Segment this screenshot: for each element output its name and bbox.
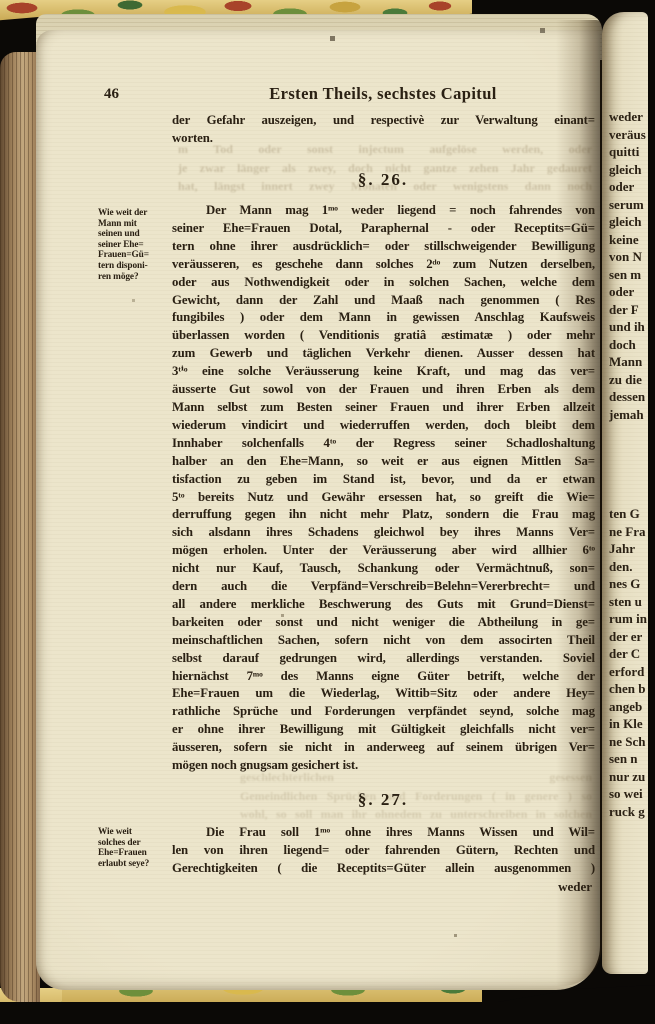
section-27-margin-note: Wie weitsolches derEhe=Frauenerlaubt sey… [98,827,170,869]
section-26-margin-note: Wie weit derMann mitseinen undseiner Ehe… [98,208,170,282]
section-26-body: Der Mann mag 1ᵐᵒ weder liegend = noch fa… [172,202,595,775]
section-26-heading: §. 26. [172,170,594,190]
adjacent-page-text-fragments-top: wederveräusquittigleichoderserumgleichke… [609,108,648,424]
adjacent-page-sliver: wederveräusquittigleichoderserumgleichke… [602,12,648,974]
adjacent-page-text-fragments-bottom: ten Gne FraJahrden.nes Gsten urum inder … [609,505,648,821]
photo-background-bottom [0,1002,655,1024]
catchword: weder [172,879,592,895]
section-27-heading: §. 27. [172,790,594,810]
book-photo-scene: m Tod oder sonst injectum aufgelöse werd… [0,0,655,1024]
page-number: 46 [104,86,119,103]
running-header: Ersten Theils, sechstes Capitul [172,84,594,104]
paper-specks [0,0,1,1]
section-27-body: Die Frau soll 1ᵐᵒ ohne ihres Manns Wisse… [172,824,595,878]
intro-paragraph: der Gefahr auszeigen, und respectivè zur… [172,112,595,148]
page-fore-edge-left [0,52,40,1002]
